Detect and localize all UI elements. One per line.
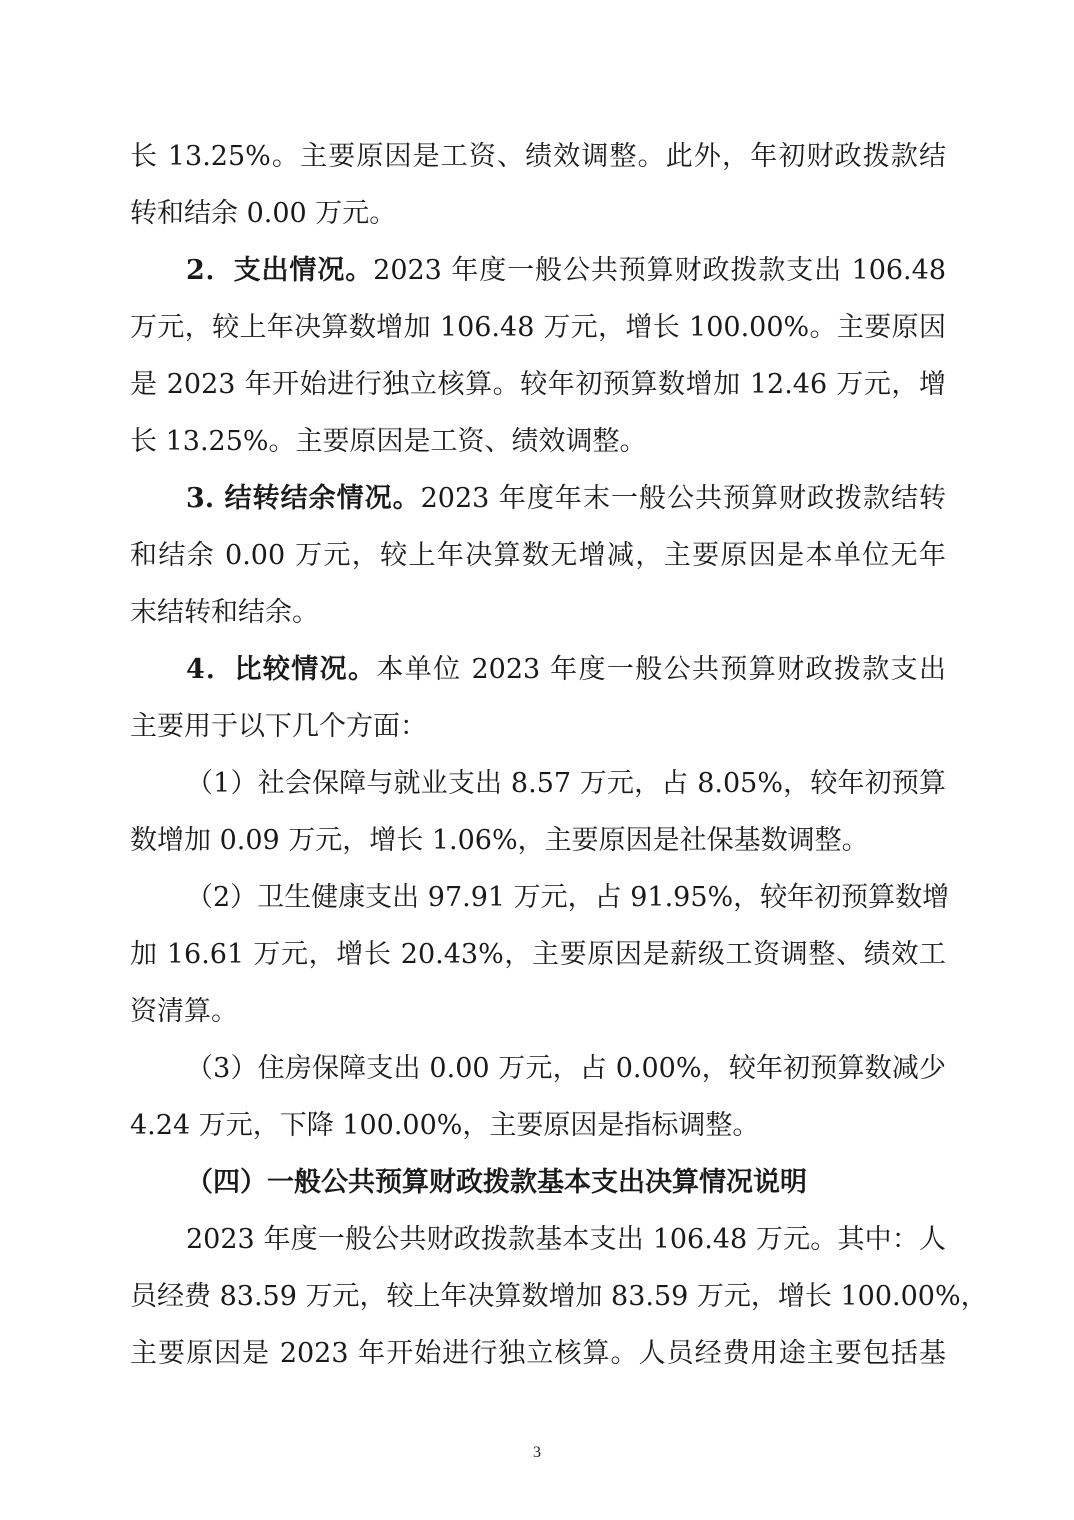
document-page: 长 13.25%。主要原因是工资、绩效调整。此外，年初财政拨款结 转和结余 0.…: [0, 0, 1074, 1520]
paragraph-line: 万元，较上年决算数增加 106.48 万元，增长 100.00%。主要原因: [130, 311, 946, 345]
paragraph-line: 4.24 万元，下降 100.00%，主要原因是指标调整。: [130, 1109, 946, 1143]
paragraph-line: 加 16.61 万元，增长 20.43%，主要原因是薪级工资调整、绩效工: [130, 938, 946, 972]
paragraph-line: 主要用于以下几个方面：: [130, 710, 946, 744]
paragraph-line: 和结余 0.00 万元，较上年决算数无增减，主要原因是本单位无年: [130, 539, 946, 573]
paragraph-text: 本单位 2023 年度一般公共预算财政拨款支出: [376, 654, 946, 685]
list-item-housing: （3）住房保障支出 0.00 万元，占 0.00%，较年初预算数减少: [186, 1052, 946, 1086]
paragraph-text: 2023 年度年末一般公共预算财政拨款结转: [421, 483, 946, 514]
section-4-comparison: 4．比较情况。本单位 2023 年度一般公共预算财政拨款支出: [186, 653, 946, 687]
paragraph-line: 员经费 83.59 万元，较上年决算数增加 83.59 万元，增长 100.00…: [130, 1280, 946, 1314]
paragraph-text: 2023 年度一般公共预算财政拨款支出 106.48: [373, 255, 946, 286]
section-label: 3. 结转结余情况。: [186, 483, 421, 514]
section-3-carryover: 3. 结转结余情况。2023 年度年末一般公共预算财政拨款结转: [186, 482, 946, 516]
paragraph-line: 长 13.25%。主要原因是工资、绩效调整。: [130, 425, 946, 459]
page-number: 3: [0, 1444, 1074, 1462]
paragraph-line: 是 2023 年开始进行独立核算。较年初预算数增加 12.46 万元，增: [130, 368, 946, 402]
section-label: 2．支出情况。: [186, 255, 373, 286]
paragraph-line: 长 13.25%。主要原因是工资、绩效调整。此外，年初财政拨款结: [130, 140, 946, 174]
section-heading-basic-expenditure: （四）一般公共预算财政拨款基本支出决算情况说明: [186, 1166, 946, 1200]
paragraph-line: 数增加 0.09 万元，增长 1.06%，主要原因是社保基数调整。: [130, 824, 946, 858]
paragraph-line: 转和结余 0.00 万元。: [130, 197, 946, 231]
paragraph-line: 资清算。: [130, 995, 946, 1029]
paragraph-line: 末结转和结余。: [130, 596, 946, 630]
section-2-expenditure: 2．支出情况。2023 年度一般公共预算财政拨款支出 106.48: [186, 254, 946, 288]
list-item-social-security: （1）社会保障与就业支出 8.57 万元，占 8.05%，较年初预算: [186, 767, 946, 801]
paragraph-line: 2023 年度一般公共财政拨款基本支出 106.48 万元。其中：人: [186, 1223, 946, 1257]
list-item-health: （2）卫生健康支出 97.91 万元，占 91.95%，较年初预算数增: [186, 881, 946, 915]
section-label: 4．比较情况。: [186, 654, 376, 685]
paragraph-line: 主要原因是 2023 年开始进行独立核算。人员经费用途主要包括基: [130, 1337, 946, 1371]
